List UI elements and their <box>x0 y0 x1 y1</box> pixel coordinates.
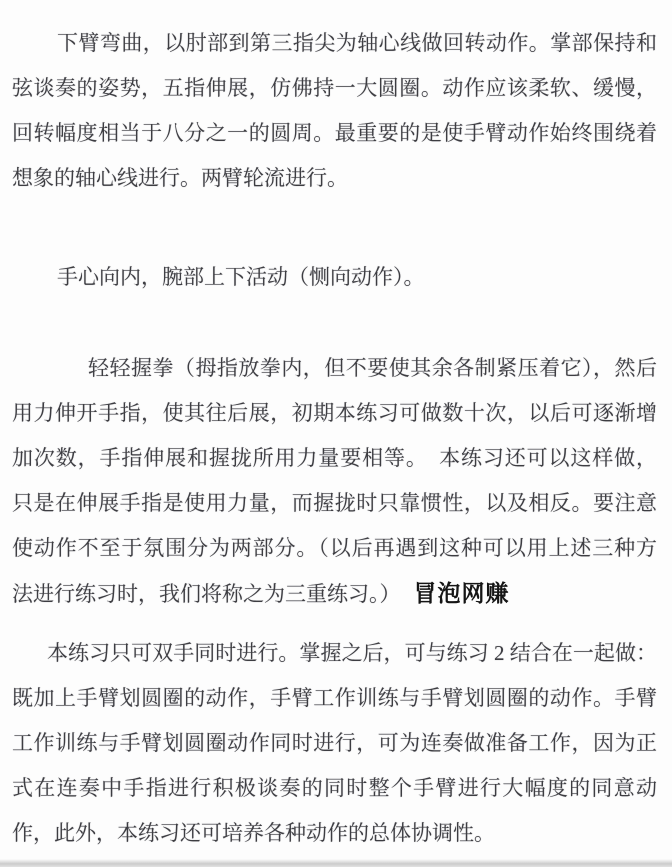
text-line: 工作训练与手臂划圆圈动作同时进行，可为连奏做准备工作，因为正 <box>12 721 657 766</box>
text-line: 式在连奏中手指进行积极谈奏的同时整个手臂进行大幅度的同意动 <box>12 766 657 811</box>
text-line: 轻轻握拳（拇指放拳内，但不要使其余各制紧压着它），然后 <box>12 346 657 391</box>
text-line: 下臂弯曲，以肘部到第三指尖为轴心线做回转动作。掌部保持和 <box>12 21 657 66</box>
paragraph-wrist-motion: 手心向内，腕部上下活动（恻向动作）。 <box>12 255 657 300</box>
text-line: 加次数，手指伸展和握拢所用力量要相等。 本练习还可以这样做， <box>12 436 657 481</box>
document-text-block: 下臂弯曲，以肘部到第三指尖为轴心线做回转动作。掌部保持和 弦谈奏的姿势，五指伸展… <box>12 21 657 856</box>
paragraph-fist-exercise: 轻轻握拳（拇指放拳内，但不要使其余各制紧压着它），然后 用力伸开手指，使其往后展… <box>12 346 657 616</box>
text-line: 用力伸开手指，使其往后展，初期本练习可做数十次，以后可逐渐增 <box>12 391 657 436</box>
scanned-document-page: 下臂弯曲，以肘部到第三指尖为轴心线做回转动作。掌部保持和 弦谈奏的姿势，五指伸展… <box>0 0 672 867</box>
text-line: 想象的轴心线进行。两臂轮流进行。 <box>12 156 657 201</box>
text-line: 既加上手臂划圆圈的动作，手臂工作训练与手臂划圆圈的动作。手臂 <box>12 676 657 721</box>
paragraph-both-hands: 本练习只可双手同时进行。掌握之后，可与练习 2 结合在一起做： 既加上手臂划圆圈… <box>12 631 657 856</box>
text-line-fragment: 法进行练习时，我们将称之为三重练习。） <box>12 582 401 606</box>
text-line: 回转幅度相当于八分之一的圆周。最重要的是使手臂动作始终围绕着 <box>12 111 657 156</box>
paragraph-arm-rotation: 下臂弯曲，以肘部到第三指尖为轴心线做回转动作。掌部保持和 弦谈奏的姿势，五指伸展… <box>12 21 657 201</box>
page-bottom-scan-edge <box>0 859 672 867</box>
text-line: 手心向内，腕部上下活动（恻向动作）。 <box>12 255 657 300</box>
text-line: 弦谈奏的姿势，五指伸展，仿佛持一大圆圈。动作应该柔软、缓慢， <box>12 66 657 111</box>
text-line: 法进行练习时，我们将称之为三重练习。）冒泡网赚 <box>12 571 657 616</box>
watermark-text: 冒泡网赚 <box>414 571 510 616</box>
text-line: 本练习只可双手同时进行。掌握之后，可与练习 2 结合在一起做： <box>12 631 657 676</box>
text-line: 只是在伸展手指是使用力量，而握拢时只靠惯性，以及相反。要注意 <box>12 481 657 526</box>
text-line: 使动作不至于氛围分为两部分。（以后再遇到这种可以用上述三种方 <box>12 526 657 571</box>
text-line: 作，此外，本练习还可培养各种动作的总体协调性。 <box>12 811 657 856</box>
